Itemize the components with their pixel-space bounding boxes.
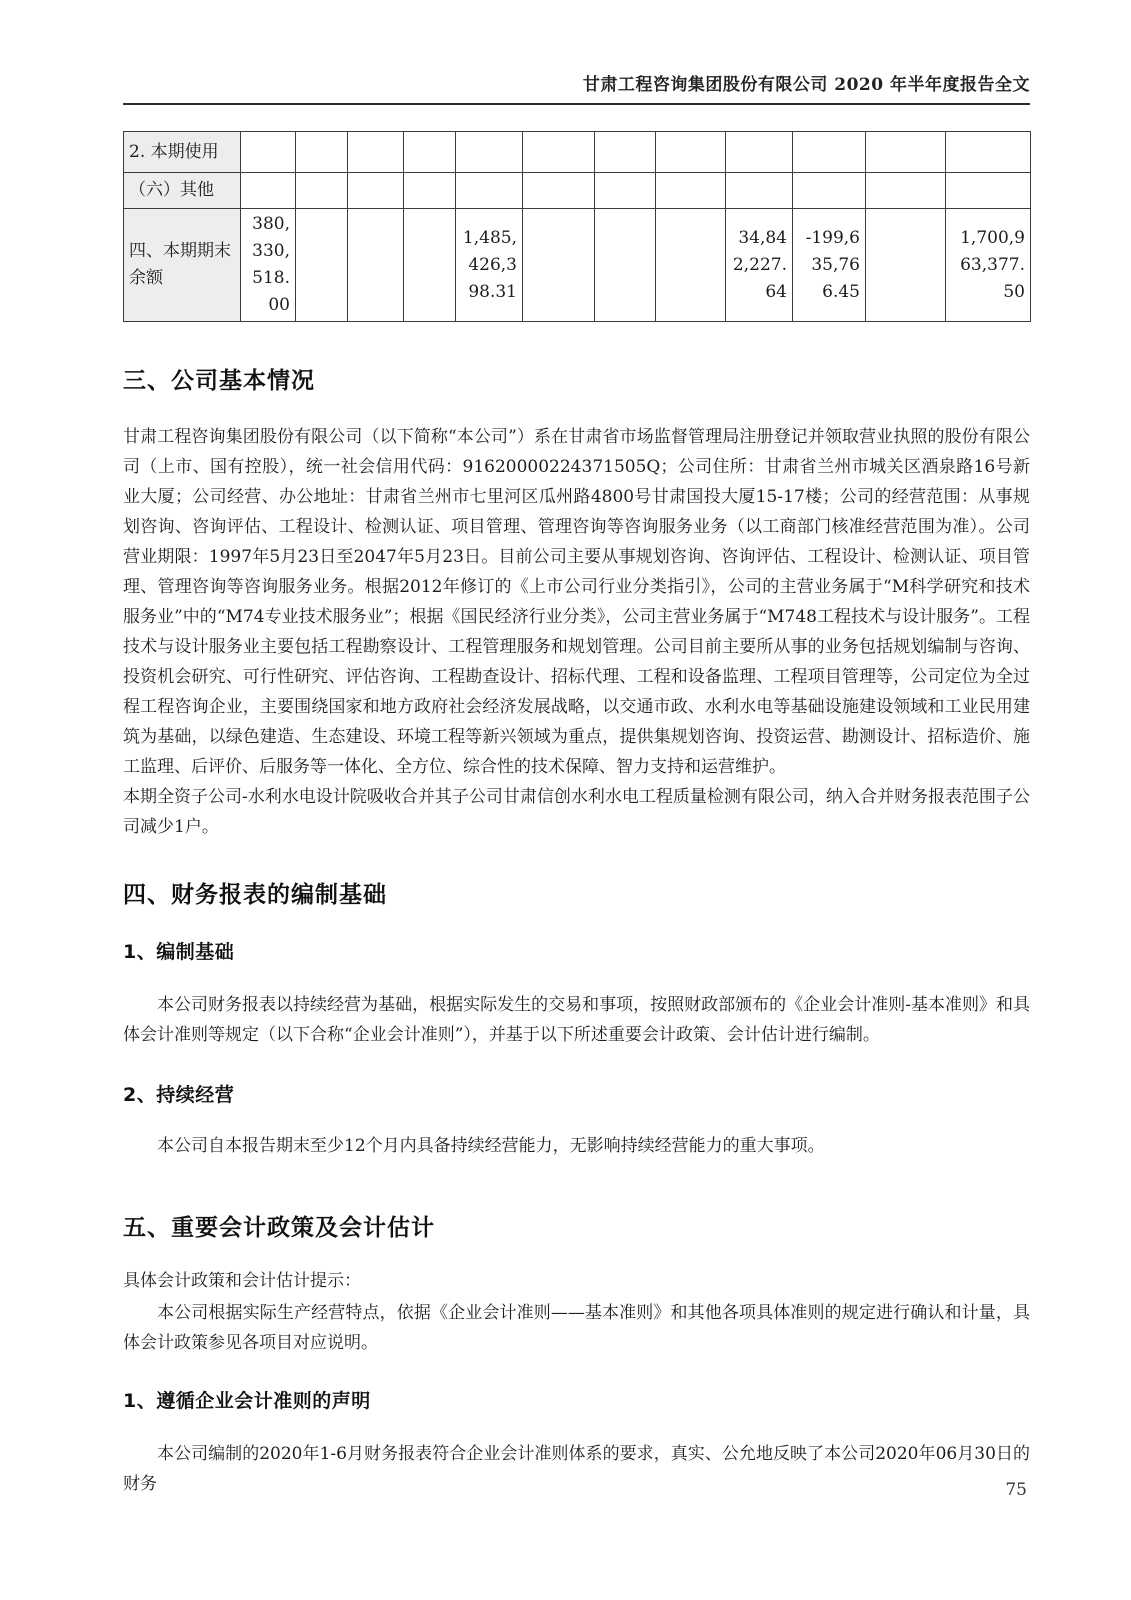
table-cell: [866, 132, 946, 173]
header-divider: [123, 103, 1030, 105]
subsection-title-compliance-statement: 1、遵循企业会计准则的声明: [123, 1386, 1030, 1413]
row-label-cell: 四、本期期末余额: [124, 209, 241, 322]
table-cell: [866, 209, 946, 322]
report-page: 甘肃工程咨询集团股份有限公司 2020 年半年度报告全文 2. 本期使用: [0, 0, 1131, 1600]
table-cell: [456, 173, 523, 209]
table-cell: [348, 132, 404, 173]
table-cell: [348, 209, 404, 322]
row-label-cell: （六）其他: [124, 173, 241, 209]
table-cell: 1,485,426,398.31: [456, 209, 523, 322]
table-cell: [656, 209, 726, 322]
table-cell: [523, 209, 595, 322]
policies-note-line: 具体会计政策和会计估计提示：: [123, 1266, 1030, 1296]
table-cell: [726, 173, 793, 209]
table-row-closing-balance: 四、本期期末余额 380,330,518.00 1,485,426,398.31…: [124, 209, 1031, 322]
section-title-accounting-policies: 五、重要会计政策及会计估计: [123, 1209, 1030, 1242]
table-cell: [595, 173, 656, 209]
policies-paragraph: 本公司根据实际生产经营特点，依据《企业会计准则——基本准则》和其他各项具体准则的…: [123, 1298, 1030, 1358]
company-profile-paragraph: 甘肃工程咨询集团股份有限公司（以下简称“本公司”）系在甘肃省市场监督管理局注册登…: [123, 422, 1030, 782]
section-title-preparation-basis: 四、财务报表的编制基础: [123, 876, 1030, 909]
table-cell: [456, 132, 523, 173]
table-cell: [656, 173, 726, 209]
table-cell: [241, 132, 296, 173]
subsection-title-preparation-basis: 1、编制基础: [123, 937, 1030, 964]
row-label-cell: 2. 本期使用: [124, 132, 241, 173]
table-row-current-use: 2. 本期使用: [124, 132, 1031, 173]
merger-note-paragraph: 本期全资子公司-水利水电设计院吸收合并其子公司甘肃信创水利水电工程质量检测有限公…: [123, 782, 1030, 842]
preparation-basis-paragraph: 本公司财务报表以持续经营为基础，根据实际发生的交易和事项，按照财政部颁布的《企业…: [123, 990, 1030, 1050]
table-cell: [595, 209, 656, 322]
page-content: 甘肃工程咨询集团股份有限公司 2020 年半年度报告全文 2. 本期使用: [0, 0, 1131, 1499]
equity-change-table: 2. 本期使用 （六）其他: [123, 131, 1031, 322]
table-cell: [946, 173, 1031, 209]
table-cell: 1,700,963,377.50: [946, 209, 1031, 322]
table-cell: -199,635,766.45: [793, 209, 866, 322]
table-cell: [656, 132, 726, 173]
table-cell: [296, 209, 348, 322]
table-cell: [241, 173, 296, 209]
section-title-company-profile: 三、公司基本情况: [123, 362, 1030, 395]
table-cell: [404, 209, 456, 322]
compliance-statement-paragraph: 本公司编制的2020年1-6月财务报表符合企业会计准则体系的要求，真实、公允地反…: [123, 1439, 1030, 1499]
subsection-title-going-concern: 2、持续经营: [123, 1080, 1030, 1107]
table-cell: 380,330,518.00: [241, 209, 296, 322]
page-number: 75: [1005, 1480, 1027, 1500]
table-cell: [523, 132, 595, 173]
table-cell: [296, 173, 348, 209]
going-concern-paragraph: 本公司自本报告期末至少12个月内具备持续经营能力，无影响持续经营能力的重大事项。: [123, 1131, 1030, 1161]
table-cell: 34,842,227.64: [726, 209, 793, 322]
table-cell: [296, 132, 348, 173]
document-header-title: 甘肃工程咨询集团股份有限公司 2020 年半年度报告全文: [123, 70, 1030, 95]
table-cell: [726, 132, 793, 173]
table-cell: [866, 173, 946, 209]
table-cell: [523, 173, 595, 209]
table-cell: [404, 173, 456, 209]
table-cell: [946, 132, 1031, 173]
table-row-other: （六）其他: [124, 173, 1031, 209]
table-cell: [348, 173, 404, 209]
table-cell: [793, 132, 866, 173]
table-cell: [404, 132, 456, 173]
table-cell: [793, 173, 866, 209]
table-cell: [595, 132, 656, 173]
